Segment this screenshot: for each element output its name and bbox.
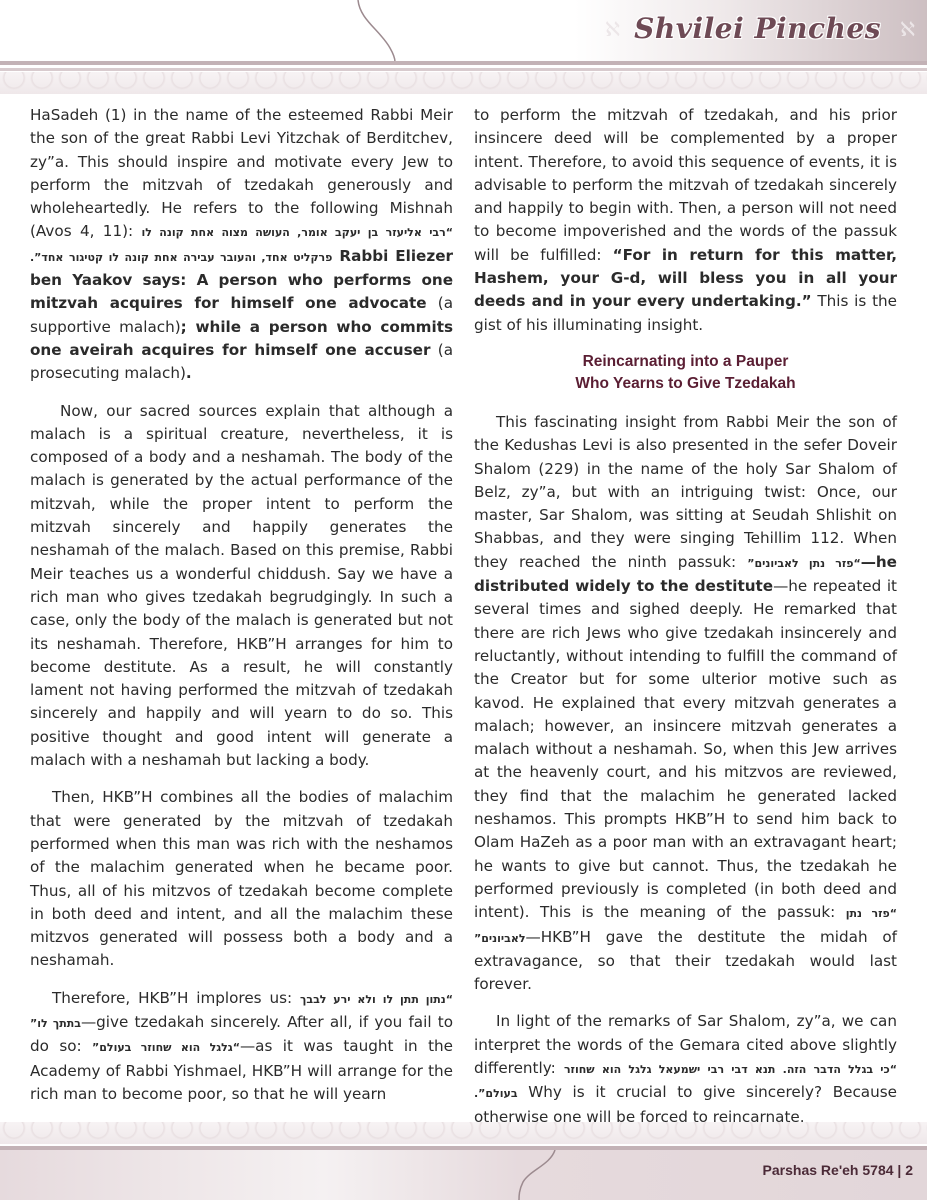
swirl-icon: ℵ: [900, 17, 915, 41]
hebrew-quote: “פזר נתן לאביונים”: [747, 557, 860, 570]
text: —he repeated it several times and sighed…: [474, 577, 897, 921]
paragraph-malach: Now, our sacred sources explain that alt…: [30, 400, 453, 773]
decorative-border-bottom: [0, 1122, 927, 1144]
text: Therefore, HKB”H implores us:: [52, 989, 300, 1007]
footer-curve-ornament: [505, 1150, 565, 1200]
publication-title: Shvilei Pinches: [634, 12, 881, 45]
paragraph-gemara: In light of the remarks of Sar Shalom, z…: [474, 1010, 897, 1128]
bold-text: .: [186, 364, 192, 382]
text: This fascinating insight from Rabbi Meir…: [474, 413, 897, 571]
paragraph-combines: Then, HKB”H combines all the bodies of m…: [30, 786, 453, 972]
page-header: ℵ Shvilei Pinches ℵ: [0, 0, 927, 62]
hebrew-quote: “גלגל הוא שחוזר בעולם”: [92, 1041, 240, 1054]
swirl-icon: ℵ: [605, 17, 620, 41]
paragraph-sar-shalom: This fascinating insight from Rabbi Meir…: [474, 411, 897, 996]
header-curve-ornament: [350, 0, 470, 62]
paragraph-continuation: to perform the mitzvah of tzedakah, and …: [474, 104, 897, 337]
header-divider-thin: [0, 68, 927, 71]
right-column: to perform the mitzvah of tzedakah, and …: [474, 104, 897, 1143]
header-divider: [0, 61, 927, 65]
heading-line: Reincarnating into a Pauper: [474, 351, 897, 373]
footer-page-label: Parshas Re'eh 5784 | 2: [763, 1162, 913, 1178]
text: HaSadeh (1) in the name of the esteemed …: [30, 106, 453, 240]
decorative-border-top: [0, 72, 927, 94]
text: —HKB”H gave the destitute the midah of e…: [474, 928, 897, 994]
left-column: HaSadeh (1) in the name of the esteemed …: [30, 104, 453, 1120]
text: to perform the mitzvah of tzedakah, and …: [474, 106, 897, 264]
paragraph-implores: Therefore, HKB”H implores us: “נתון תתן …: [30, 987, 453, 1106]
section-heading: Reincarnating into a Pauper Who Yearns t…: [474, 351, 897, 395]
paragraph-mishnah: HaSadeh (1) in the name of the esteemed …: [30, 104, 453, 386]
heading-line: Who Yearns to Give Tzedakah: [474, 373, 897, 395]
text: Why is it crucial to give sincerely? Bec…: [474, 1083, 897, 1125]
page-footer: Parshas Re'eh 5784 | 2: [0, 1150, 927, 1200]
